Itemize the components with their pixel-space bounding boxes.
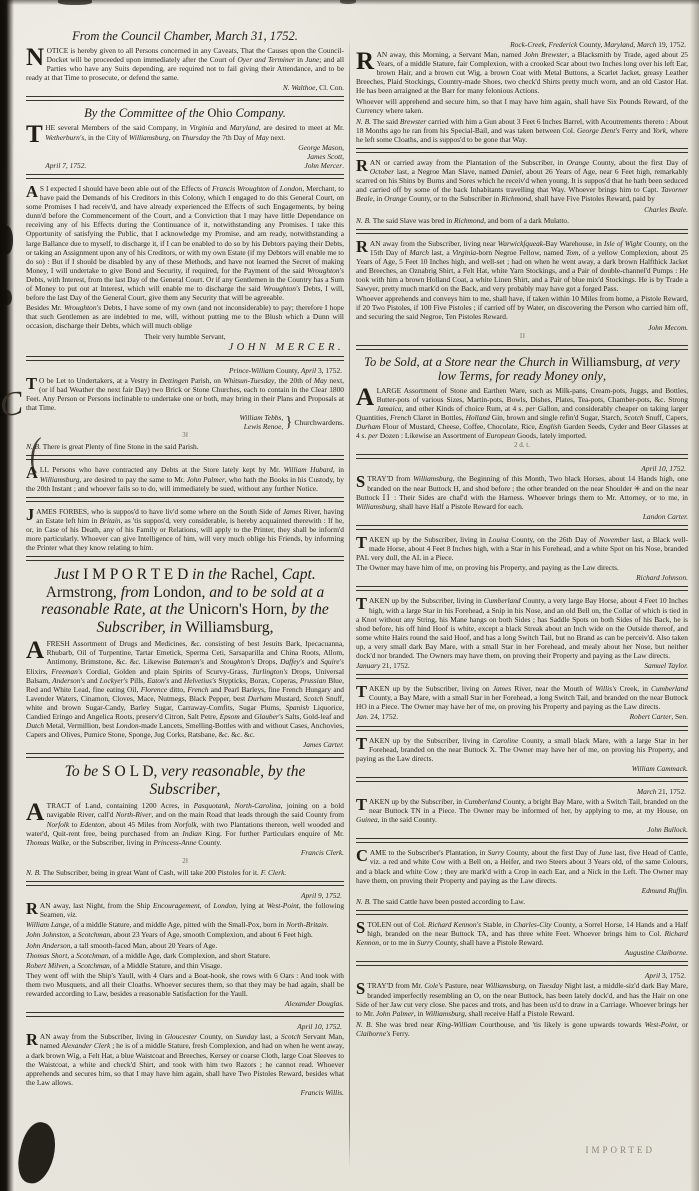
article-paragraph: Whoever will apprehend and secure him, s… [356, 97, 688, 115]
signature: Robert Carter, Sen. [630, 712, 688, 721]
article: ALL Persons who have contracted any Debt… [26, 465, 344, 492]
brace-signature: William Tebbs,Lewis Renoe,}Churchwardens… [26, 413, 344, 431]
press-figure: 2 d. t. [356, 441, 688, 450]
signature: Lewis Renoe, [240, 422, 284, 431]
article-separator [356, 726, 688, 731]
nota-bene: N. B. The Subscriber, being in great Wan… [26, 868, 344, 877]
ink-smudge [3, 290, 12, 305]
article-separator [26, 356, 344, 361]
article-separator [26, 753, 344, 758]
signature: JOHN MERCER. [229, 343, 345, 352]
article-heading: To be S O L D, very reasonable, by the S… [30, 763, 340, 798]
signatures: Charles Beale. [644, 205, 688, 214]
article-paragraph: John Johnston, a Scotchman, about 23 Yea… [26, 930, 344, 939]
article-paragraph: Robert Milven, a Scotchman, of a Middle … [26, 961, 344, 970]
signature: Edmund Ruffin. [642, 886, 688, 895]
article-dateline: April 10, 1752. [358, 464, 686, 473]
signature-row: Edmund Ruffin. [356, 886, 688, 895]
signature-row: Landon Carter. [356, 512, 688, 521]
left-column: From the Council Chamber, March 31, 1752… [26, 28, 344, 1187]
signature: John Mercer. [298, 161, 344, 170]
article-separator [356, 148, 688, 153]
article-paragraph: TAKEN up by the Subscriber, living in Cu… [356, 596, 688, 660]
article-separator [26, 96, 344, 101]
ink-smudge [340, 0, 356, 4]
dropcap: T [356, 596, 369, 612]
article-paragraph: TAKEN up by the Subscriber, living in Ca… [356, 736, 688, 763]
article: TAKEN up by the Subscriber, living on Ja… [356, 684, 688, 721]
article-paragraph: RAN away from the Subscriber, living nea… [356, 239, 688, 294]
article-paragraph: Besides Mr. Wroughton's Debts, I have so… [26, 303, 344, 330]
article: To be Sold, at a Store near the Church i… [356, 355, 688, 451]
article-separator [356, 229, 688, 234]
handwritten-mark: C [0, 385, 25, 426]
signatures: Alexander Douglas. [285, 999, 344, 1008]
brace-glyph: } [285, 415, 292, 430]
signature: N. Walthoe, Cl. Con. [283, 83, 344, 92]
dropcap: S [356, 920, 367, 936]
signature: Augustine Claiborne. [625, 948, 688, 957]
signatures: John Mecom. [648, 323, 688, 332]
signature: George Mason, [298, 143, 344, 152]
letter-closing: Their very humble Servant, [26, 332, 344, 341]
signature: Samuel Taylor. [644, 661, 688, 670]
article-dateline: Prince-William County, April 3, 1752. [28, 366, 342, 375]
dropcap: T [26, 123, 45, 146]
signature-date: April 7, 1752. [45, 161, 86, 170]
article-paragraph: John Anderson, a tall smooth-faced Man, … [26, 941, 344, 950]
article: RAN or carried away from the Plantation … [356, 158, 688, 225]
article-paragraph: A TRACT of Land, containing 1200 Acres, … [26, 801, 344, 846]
dropcap: R [356, 158, 370, 174]
scan-edge-right [690, 0, 699, 1191]
article: Just I M P O R T E D in the Rachel, Capt… [26, 566, 344, 749]
signature-row: April 7, 1752.George Mason,James Scott,J… [45, 143, 344, 170]
article-paragraph: CAME to the Subscriber's Plantation, in … [356, 848, 688, 884]
nota-bene: N. B. The said Brewster carried with him… [356, 117, 688, 144]
article: From the Council Chamber, March 31, 1752… [26, 29, 344, 92]
dropcap: T [356, 535, 369, 551]
signature: John Bullock. [647, 825, 688, 834]
signature-row: John Mecom. [356, 323, 688, 332]
signatures: Francis Willis. [300, 1088, 344, 1097]
article: April 9, 1752.RAN away, last Night, from… [26, 891, 344, 1008]
article-paragraph: TAKEN up by the Subscriber, in Cumberlan… [356, 797, 688, 824]
signatures: Augustine Claiborne. [625, 948, 688, 957]
article-dateline: April 10, 1752. [28, 1022, 342, 1031]
article-paragraph: AS I expected I should have been able ou… [26, 184, 344, 302]
press-figure: 3‖ [26, 431, 344, 440]
dropcap: R [26, 901, 40, 917]
dropcap: S [356, 474, 367, 490]
article-dateline: Rock-Creek, Frederick County, Maryland, … [358, 40, 686, 49]
signatures: JOHN MERCER. [229, 343, 345, 352]
newspaper-page: C ( From the Council Chamber, March 31, … [0, 0, 699, 1191]
nota-bene: N. B. The said Cattle have been posted a… [356, 897, 688, 906]
article: April 10, 1752.RAN away from the Subscri… [26, 1022, 344, 1097]
article-paragraph: TAKEN up by the Subscriber, living on Ja… [356, 684, 688, 711]
signature-row: Francis Willis. [26, 1088, 344, 1097]
signature-row: John Bullock. [356, 825, 688, 834]
signature-row: Charles Beale. [356, 205, 688, 214]
dropcap: T [356, 736, 369, 752]
article-paragraph: Thomas Short, a Scotchman, of a middle A… [26, 951, 344, 960]
article-separator [26, 1012, 344, 1017]
dropcap: S [356, 981, 367, 997]
article: TAKEN up by the Subscriber, living in Lo… [356, 535, 688, 582]
signature-row: January 21, 1752.Samuel Taylor. [356, 661, 688, 670]
signature-row: William Cammack. [356, 764, 688, 773]
article-separator [356, 345, 688, 350]
signature: William Tebbs, [240, 413, 284, 422]
article-separator [356, 961, 688, 966]
article-separator [356, 454, 688, 459]
article: Prince-William County, April 3, 1752.TO … [26, 366, 344, 452]
press-figure: 2‖ [26, 857, 344, 866]
dropcap: C [356, 848, 370, 864]
article: JAMES FORBES, who is suppos'd to have li… [26, 507, 344, 552]
article: Rock-Creek, Frederick County, Maryland, … [356, 40, 688, 144]
article-paragraph: The Owner may have him of me, on proving… [356, 563, 688, 572]
article-paragraph: JAMES FORBES, who is suppos'd to have li… [26, 507, 344, 552]
ink-smudge [58, 0, 92, 5]
dropcap: A [26, 465, 40, 481]
article-paragraph: TAKEN up by the Subscriber, living in Lo… [356, 535, 688, 562]
brace-names: William Tebbs,Lewis Renoe, [240, 413, 284, 431]
article-heading: From the Council Chamber, March 31, 1752… [30, 29, 340, 43]
article-paragraph: A FRESH Assortment of Drugs and Medicine… [26, 639, 344, 739]
dropcap: T [356, 797, 369, 813]
press-figure: 1‖ [356, 332, 688, 341]
dropcap: A [356, 386, 377, 409]
article-paragraph: STRAY'D from Mr. Cole's Pasture, near Wi… [356, 981, 688, 1017]
article-separator [26, 497, 344, 502]
article: To be S O L D, very reasonable, by the S… [26, 763, 344, 877]
dropcap: R [356, 50, 377, 73]
article-separator [356, 777, 688, 782]
signature-row: James Carter. [26, 740, 344, 749]
dropcap: T [26, 376, 39, 392]
signature: Alexander Douglas. [285, 999, 344, 1008]
article-separator [26, 455, 344, 460]
article-paragraph: They went off with the Ship's Yaull, wit… [26, 971, 344, 998]
signatures: William Cammack. [632, 764, 688, 773]
signature-row: N. Walthoe, Cl. Con. [26, 83, 344, 92]
article-paragraph: William Lange, of a middle Stature, and … [26, 920, 344, 929]
signatures: Richard Johnson. [636, 573, 688, 582]
dropcap: R [356, 239, 370, 255]
column-divider [349, 38, 350, 1167]
signatures: Robert Carter, Sen. [630, 712, 688, 721]
dropcap: A [26, 184, 40, 200]
article: March 21, 1752.TAKEN up by the Subscribe… [356, 787, 688, 834]
signature: James Scott, [298, 152, 344, 161]
article-paragraph: RAN away, last Night, from the Ship Enco… [26, 901, 344, 919]
dropcap: J [26, 507, 36, 523]
dropcap: N [26, 46, 47, 69]
brace-label: Churchwardens. [294, 418, 344, 427]
signatures: James Carter. [303, 740, 344, 749]
dropcap: A [26, 801, 47, 824]
signature-row: Alexander Douglas. [26, 999, 344, 1008]
article-separator [26, 556, 344, 561]
article-heading: Just I M P O R T E D in the Rachel, Capt… [30, 566, 340, 636]
signature-row: JOHN MERCER. [26, 343, 344, 352]
article-dateline: April 9, 1752. [28, 891, 342, 900]
article: STOLEN out of Col. Richard Kennon's Stab… [356, 920, 688, 957]
nota-bene: N. B. There is great Plenty of fine Ston… [26, 442, 344, 451]
article-separator [356, 910, 688, 915]
signature: Francis Clerk. [301, 848, 344, 857]
article: April 10, 1752.STRAY'D from Williamsburg… [356, 464, 688, 521]
signatures: Edmund Ruffin. [642, 886, 688, 895]
article-separator [26, 881, 344, 886]
article-heading: By the Committee of the Ohio Company. [30, 106, 340, 120]
article-separator [26, 174, 344, 179]
signatures: N. Walthoe, Cl. Con. [283, 83, 344, 92]
article-paragraph: TO be Let to Undertakers, at a Vestry in… [26, 376, 344, 412]
article-paragraph: A LARGE Assortment of Stone and Earthen … [356, 386, 688, 441]
article-paragraph: NOTICE is hereby given to all Persons co… [26, 46, 344, 82]
signature: William Cammack. [632, 764, 688, 773]
signatures: George Mason,James Scott,John Mercer. [298, 143, 344, 170]
nota-bene: N. B. The said Slave was bred in Richmon… [356, 216, 688, 225]
article-paragraph: RAN away, this Morning, a Servant Man, n… [356, 50, 688, 95]
nota-bene: N. B. She was bred near King-William Cou… [356, 1020, 688, 1038]
dropcap: A [26, 639, 47, 662]
article-paragraph: Whoever apprehends and conveys him to me… [356, 294, 688, 321]
article-separator [356, 674, 688, 679]
article-paragraph: THE several Members of the said Company,… [26, 123, 344, 141]
signature-row: Richard Johnson. [356, 573, 688, 582]
ink-smudge [2, 226, 13, 254]
article-paragraph: RAN away from the Subscriber, living in … [26, 1032, 344, 1087]
signature: Landon Carter. [643, 512, 688, 521]
signature-date: January 21, 1752. [356, 661, 410, 670]
article-separator [356, 838, 688, 843]
signature: Richard Johnson. [636, 573, 688, 582]
dropcap: T [356, 684, 369, 700]
signatures: Samuel Taylor. [644, 661, 688, 670]
article-paragraph: ALL Persons who have contracted any Debt… [26, 465, 344, 492]
catchword: IMPORTED [586, 1145, 655, 1155]
article: April 3, 1752.STRAY'D from Mr. Cole's Pa… [356, 971, 688, 1038]
article: TAKEN up by the Subscriber, living in Ca… [356, 736, 688, 773]
article-separator [356, 586, 688, 591]
article: CAME to the Subscriber's Plantation, in … [356, 848, 688, 906]
right-column: Rock-Creek, Frederick County, Maryland, … [356, 40, 688, 1187]
signatures: Landon Carter. [643, 512, 688, 521]
signature: James Carter. [303, 740, 344, 749]
article-dateline: April 3, 1752. [358, 971, 686, 980]
article: AS I expected I should have been able ou… [26, 184, 344, 352]
article: TAKEN up by the Subscriber, living in Cu… [356, 596, 688, 670]
signature: John Mecom. [648, 323, 688, 332]
article-paragraph: RAN or carried away from the Plantation … [356, 158, 688, 203]
signature-row: Augustine Claiborne. [356, 948, 688, 957]
signatures: John Bullock. [647, 825, 688, 834]
dropcap: R [26, 1032, 40, 1048]
signature: Charles Beale. [644, 205, 688, 214]
article: RAN away from the Subscriber, living nea… [356, 239, 688, 341]
signature-row: Jan. 24, 1752.Robert Carter, Sen. [356, 712, 688, 721]
scan-edge-left [0, 0, 14, 1191]
signatures: Francis Clerk. [301, 848, 344, 857]
article-paragraph: STOLEN out of Col. Richard Kennon's Stab… [356, 920, 688, 947]
signature-date: Jan. 24, 1752. [356, 712, 398, 721]
signature: Francis Willis. [300, 1088, 344, 1097]
signature-row: Francis Clerk. [26, 848, 344, 857]
article: By the Committee of the Ohio Company.THE… [26, 106, 344, 169]
article-paragraph: STRAY'D from Williamsburg, the Beginning… [356, 474, 688, 510]
article-dateline: March 21, 1752. [358, 787, 686, 796]
article-heading: To be Sold, at a Store near the Church i… [360, 355, 684, 383]
article-separator [356, 525, 688, 530]
